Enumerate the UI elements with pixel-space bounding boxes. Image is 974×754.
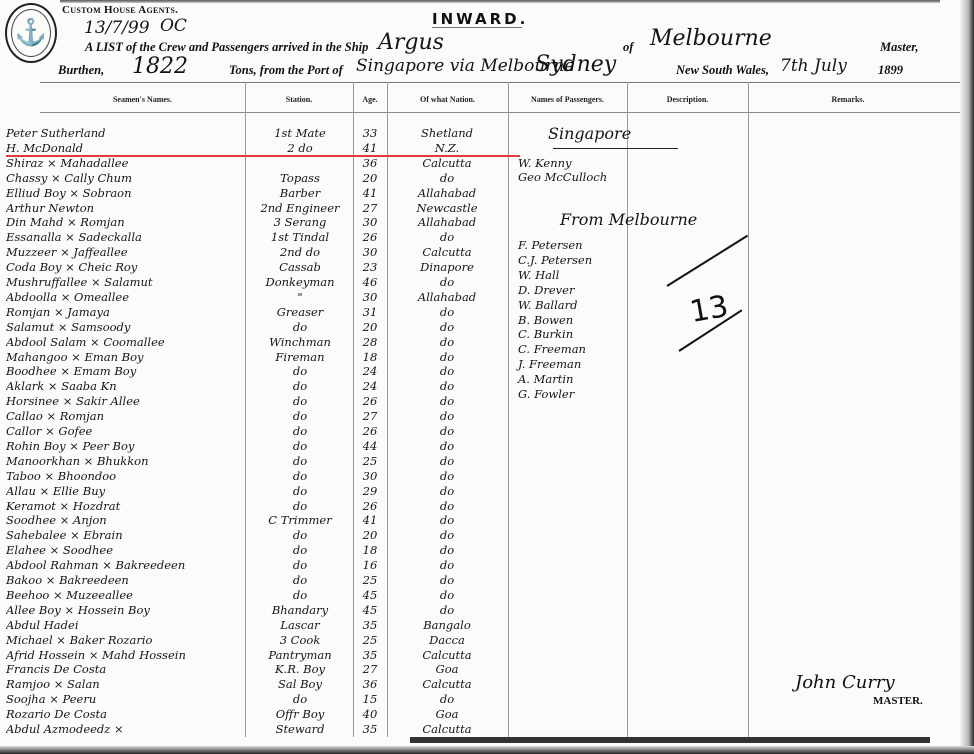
crew-name: Rozario De Costa [6,707,242,722]
crew-row: Francis De CostaK.R. Boy27Goa [0,662,520,677]
crew-nation: Calcutta [390,677,504,692]
passenger-name: F. Petersen [518,238,628,253]
crew-station: do [250,454,350,469]
list-prefix: A LIST of the Crew and Passengers arrive… [85,40,368,55]
crew-station: do [250,469,350,484]
crew-row: Essanalla × Sadeckalla1st Tindal26do [0,230,520,245]
crew-station: 1st Mate [250,126,350,141]
agent-initials: OC [160,16,187,36]
crew-station: 2 do [250,141,350,156]
passenger-name: Geo McCulloch [518,170,628,185]
stamp-ring [11,9,51,57]
red-annotation-rule [6,155,520,157]
crew-name: Ramjoo × Salan [6,677,242,692]
crew-nation: do [390,603,504,618]
crew-row: Coda Boy × Cheic RoyCassab23Dinapore [0,260,520,275]
table-top-rule [40,82,960,83]
crew-station: do [250,364,350,379]
crew-station: 1st Tindal [250,230,350,245]
crew-nation: Calcutta [390,648,504,663]
crew-station: do [250,499,350,514]
crew-age: 18 [356,350,384,365]
tally-stroke-upper [666,235,748,287]
crew-age: 26 [356,424,384,439]
crew-row: Arthur Newton2nd Engineer27Newcastle [0,201,520,216]
crew-row: Allau × Ellie Buydo29do [0,484,520,499]
crew-age: 30 [356,215,384,230]
crew-nation: do [390,588,504,603]
crew-station: 2nd do [250,245,350,260]
column-header-nation: Of what Nation. [387,95,508,104]
crew-row: Boodhee × Emam Boydo24do [0,364,520,379]
crew-row: Beehoo × Muzeealleedo45do [0,588,520,603]
crew-station: Lascar [250,618,350,633]
crew-name: Bakoo × Bakreedeen [6,573,242,588]
crew-name: Elliud Boy × Sobraon [6,186,242,201]
crew-station: do [250,424,350,439]
ship-name: Argus [378,30,444,55]
crew-age: 23 [356,260,384,275]
crew-nation: do [390,469,504,484]
master-signature-label: MASTER. [873,695,923,707]
crew-row: Abdool Salam × CoomalleeWinchman28do [0,335,520,350]
crew-age: 33 [356,126,384,141]
crew-station: do [250,558,350,573]
crew-nation: do [390,409,504,424]
crew-age: 26 [356,499,384,514]
crew-station: 3 Serang [250,215,350,230]
column-header-remarks: Remarks. [748,95,948,104]
crew-name: Soodhee × Anjon [6,513,242,528]
crew-row: Muzzeer × Jaffeallee2nd do30Calcutta [0,245,520,260]
crew-nation: do [390,573,504,588]
home-port: Melbourne [650,26,772,51]
crew-nation: do [390,513,504,528]
crew-name: Abdoolla × Omeallee [6,290,242,305]
crew-row: Sahebalee × Ebraindo20do [0,528,520,543]
crew-nation: do [390,394,504,409]
crew-age: 27 [356,662,384,677]
crew-name: Chassy × Cally Chum [6,171,242,186]
crew-age: 24 [356,364,384,379]
crew-age: 45 [356,588,384,603]
custom-house-agents-label: Custom House Agents. [62,4,178,16]
title-rule [432,27,522,28]
column-header-description: Description. [627,95,748,104]
crew-nation: Newcastle [390,201,504,216]
crew-row: Rohin Boy × Peer Boydo44do [0,439,520,454]
crew-nation: Dinapore [390,260,504,275]
column-divider-remarks [748,82,749,737]
crew-age: 27 [356,409,384,424]
crew-row: Soodhee × AnjonC Trimmer41do [0,513,520,528]
column-header-station: Station. [245,95,353,104]
crew-station: do [250,409,350,424]
crew-age: 20 [356,320,384,335]
crew-name: Callor × Gofee [6,424,242,439]
crew-nation: do [390,692,504,707]
crew-age: 24 [356,379,384,394]
crew-age: 45 [356,603,384,618]
crew-station: do [250,439,350,454]
crew-station: 2nd Engineer [250,201,350,216]
crew-station: do [250,573,350,588]
crew-row: Romjan × JamayaGreaser31do [0,305,520,320]
crew-row: Callao × Romjando27do [0,409,520,424]
crew-name: Essanalla × Sadeckalla [6,230,242,245]
crew-nation: Goa [390,662,504,677]
crew-station: do [250,379,350,394]
crew-row: Abdul Azmodeedz ×Steward35Calcutta [0,722,520,737]
crew-nation: do [390,305,504,320]
crew-nation: Allahabad [390,215,504,230]
passenger-name: W. Ballard [518,298,628,313]
tons-value: 1822 [132,54,188,79]
crew-row: Soojha × Peerudo15do [0,692,520,707]
received-date: 13/7/99 [84,18,150,38]
crew-nation: Allahabad [390,186,504,201]
master-signature: John Curry [795,672,895,693]
crew-row: Ramjoo × SalanSal Boy36Calcutta [0,677,520,692]
crew-age: 20 [356,528,384,543]
passenger-name: C. Freeman [518,342,628,357]
passenger-name: C.J. Petersen [518,253,628,268]
crew-station: do [250,484,350,499]
crew-row: Afrid Hossein × Mahd HosseinPantryman35C… [0,648,520,663]
crew-age: 44 [356,439,384,454]
crew-nation: do [390,350,504,365]
crew-age: 16 [356,558,384,573]
crew-row: Manoorkhan × Bhukkondo25do [0,454,520,469]
crew-age: 46 [356,275,384,290]
crew-nation: do [390,439,504,454]
page-bottom-shadow [410,737,930,743]
crew-row: Peter Sutherland1st Mate33Shetland [0,126,520,141]
crew-station: Steward [250,722,350,737]
crew-station: K.R. Boy [250,662,350,677]
crew-nation: do [390,424,504,439]
crew-nation: do [390,335,504,350]
crew-name: Abdul Hadei [6,618,242,633]
arrival-day: 7th July [780,56,847,76]
crew-name: Boodhee × Emam Boy [6,364,242,379]
table-header-rule [40,112,960,113]
crew-station: Greaser [250,305,350,320]
to-port: Sydney [535,52,616,77]
page-bottom-edge [0,746,974,754]
crew-row: Elliud Boy × SobraonBarber41Allahabad [0,186,520,201]
crew-row: Abdool Rahman × Bakreedeendo16do [0,558,520,573]
crew-name: Abdul Azmodeedz × [6,722,242,737]
crew-row: H. McDonald2 do41N.Z. [0,141,520,156]
crew-name: Taboo × Bhoondoo [6,469,242,484]
crew-station: Offr Boy [250,707,350,722]
of-label: of [623,40,633,55]
crew-station: do [250,394,350,409]
crew-name: Salamut × Samsoody [6,320,242,335]
crew-age: 35 [356,618,384,633]
crew-row: Mushruffallee × SalamutDonkeyman46do [0,275,520,290]
crew-name: Allee Boy × Hossein Boy [6,603,242,618]
crew-name: Keramot × Hozdrat [6,499,242,514]
crew-age: 15 [356,692,384,707]
crew-row: Bakoo × Bakreedeendo25do [0,573,520,588]
tally-annotation: 13 [665,255,760,345]
crew-station: do [250,692,350,707]
crew-nation: Bangalo [390,618,504,633]
crew-nation: do [390,558,504,573]
crew-age: 41 [356,513,384,528]
crew-nation: Calcutta [390,245,504,260]
crew-name: Elahee × Soodhee [6,543,242,558]
crew-name: Allau × Ellie Buy [6,484,242,499]
crew-row: Abdul HadeiLascar35Bangalo [0,618,520,633]
crew-station: Winchman [250,335,350,350]
crew-age: 30 [356,469,384,484]
crew-row: Rozario De CostaOffr Boy40Goa [0,707,520,722]
burthen-label: Burthen, [58,63,104,78]
crew-nation: do [390,320,504,335]
crew-name: Mahangoo × Eman Boy [6,350,242,365]
crew-age: 25 [356,633,384,648]
crew-row: Salamut × Samsoodydo20do [0,320,520,335]
crew-age: 36 [356,677,384,692]
passenger-name: W. Hall [518,268,628,283]
crew-nation: N.Z. [390,141,504,156]
passenger-name: G. Fowler [518,387,628,402]
crew-age: 29 [356,484,384,499]
crew-nation: do [390,379,504,394]
crew-name: Abdool Rahman × Bakreedeen [6,558,242,573]
crew-row: Allee Boy × Hossein BoyBhandary45do [0,603,520,618]
crew-station: 3 Cook [250,633,350,648]
passenger-name: J. Freeman [518,357,628,372]
crew-nation: do [390,543,504,558]
crew-age: 40 [356,707,384,722]
crew-age: 20 [356,171,384,186]
crew-name: Abdool Salam × Coomallee [6,335,242,350]
crew-name: Coda Boy × Cheic Roy [6,260,242,275]
crew-name: Michael × Baker Rozario [6,633,242,648]
column-header-passengers: Names of Passengers. [508,95,627,104]
crew-nation: Dacca [390,633,504,648]
crew-age: 25 [356,573,384,588]
document-title: INWARD. [432,10,528,28]
crew-row: Din Mahd × Romjan3 Serang30Allahabad [0,215,520,230]
crew-name: H. McDonald [6,141,242,156]
crew-row: Callor × Gofeedo26do [0,424,520,439]
arrival-year: 1899 [878,63,903,78]
crew-name: Manoorkhan × Bhukkon [6,454,242,469]
column-header-age: Age. [353,95,387,104]
crew-nation: do [390,171,504,186]
crew-row: Shiraz × Mahadallee36Calcutta [0,156,520,171]
passenger-name: W. Kenny [518,156,628,171]
master-header-label: Master, [880,40,919,55]
crew-age: 18 [356,543,384,558]
crew-name: Aklark × Saaba Kn [6,379,242,394]
crew-station: Fireman [250,350,350,365]
crew-station: " [250,290,350,305]
page-right-edge-shadow [960,0,974,754]
crew-row: Taboo × Bhoondoodo30do [0,469,520,484]
crew-row: Abdoolla × Omeallee"30Allahabad [0,290,520,305]
page-top-edge [60,0,940,3]
crew-name: Callao × Romjan [6,409,242,424]
tally-number: 13 [687,289,731,330]
passenger-group-heading-singapore: Singapore [548,124,631,143]
crew-age: 26 [356,394,384,409]
crew-nation: Shetland [390,126,504,141]
crew-age: 35 [356,648,384,663]
crew-age: 41 [356,141,384,156]
nsw-label: New South Wales, [676,63,769,78]
crew-name: Soojha × Peeru [6,692,242,707]
crew-station [250,156,350,171]
crew-name: Afrid Hossein × Mahd Hossein [6,648,242,663]
passenger-group-heading-melbourne: From Melbourne [560,210,697,229]
crew-nation: do [390,275,504,290]
crew-station: C Trimmer [250,513,350,528]
crew-nation: Calcutta [390,156,504,171]
crew-station: Topass [250,171,350,186]
crew-name: Francis De Costa [6,662,242,677]
crew-age: 36 [356,156,384,171]
crew-age: 41 [356,186,384,201]
crew-name: Beehoo × Muzeeallee [6,588,242,603]
passenger-heading-underline [553,148,678,149]
crew-name: Muzzeer × Jaffeallee [6,245,242,260]
crew-name: Din Mahd × Romjan [6,215,242,230]
crew-row: Chassy × Cally ChumTopass20do [0,171,520,186]
crew-station: do [250,528,350,543]
crew-station: Donkeyman [250,275,350,290]
passenger-name: D. Drever [518,283,628,298]
crew-station: Pantryman [250,648,350,663]
crew-name: Peter Sutherland [6,126,242,141]
crew-name: Romjan × Jamaya [6,305,242,320]
crew-nation: do [390,484,504,499]
passenger-name: C. Burkin [518,327,628,342]
crew-nation: Allahabad [390,290,504,305]
crew-name: Arthur Newton [6,201,242,216]
crew-nation: do [390,499,504,514]
crew-station: Bhandary [250,603,350,618]
crew-name: Shiraz × Mahadallee [6,156,242,171]
crew-station: Cassab [250,260,350,275]
shipping-master-stamp: ⚓ [5,3,57,63]
crew-name: Rohin Boy × Peer Boy [6,439,242,454]
crew-station: do [250,320,350,335]
crew-nation: do [390,230,504,245]
crew-passenger-list-document: ⚓ Custom House Agents. 13/7/99 OC INWARD… [0,0,974,754]
column-header-seamen: Seamen's Names. [40,95,245,104]
crew-name: Mushruffallee × Salamut [6,275,242,290]
crew-row: Elahee × Soodheedo18do [0,543,520,558]
crew-row: Michael × Baker Rozario3 Cook25Dacca [0,633,520,648]
crew-row: Keramot × Hozdratdo26do [0,499,520,514]
crew-nation: Calcutta [390,722,504,737]
crew-nation: do [390,528,504,543]
crew-nation: Goa [390,707,504,722]
crew-row: Mahangoo × Eman BoyFireman18do [0,350,520,365]
crew-age: 35 [356,722,384,737]
crew-name: Sahebalee × Ebrain [6,528,242,543]
crew-age: 27 [356,201,384,216]
crew-age: 26 [356,230,384,245]
crew-age: 30 [356,290,384,305]
crew-station: Sal Boy [250,677,350,692]
crew-station: do [250,543,350,558]
crew-age: 25 [356,454,384,469]
crew-station: do [250,588,350,603]
passenger-name: A. Martin [518,372,628,387]
crew-row: Aklark × Saaba Kndo24do [0,379,520,394]
crew-nation: do [390,364,504,379]
crew-age: 31 [356,305,384,320]
crew-name: Horsinee × Sakir Allee [6,394,242,409]
crew-row: Horsinee × Sakir Alleedo26do [0,394,520,409]
crew-nation: do [390,454,504,469]
passenger-name: B. Bowen [518,313,628,328]
tons-label: Tons, from the Port of [229,63,343,78]
crew-age: 30 [356,245,384,260]
crew-age: 28 [356,335,384,350]
crew-station: Barber [250,186,350,201]
